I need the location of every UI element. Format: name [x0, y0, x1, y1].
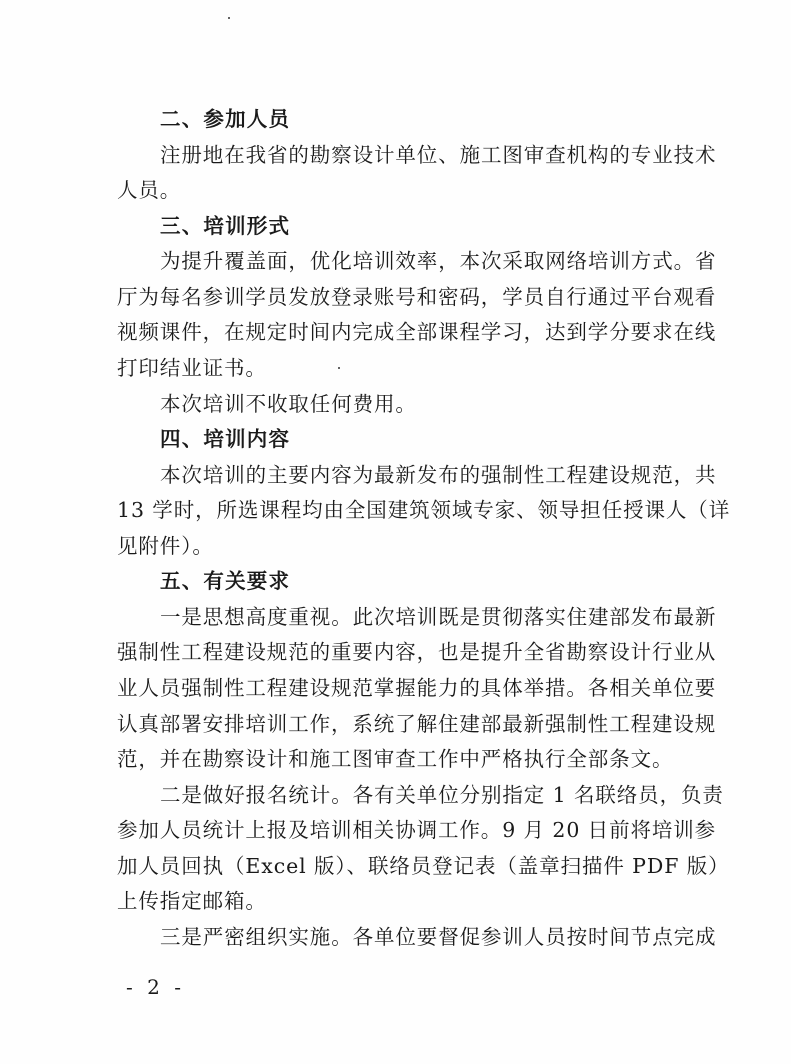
section-heading-training-content: 四、培训内容	[117, 422, 675, 458]
paragraph-line: 厅为每名参训学员发放登录账号和密码，学员自行通过平台观看	[117, 280, 675, 316]
paragraph-line: 加人员回执（Excel 版）、联络员登记表（盖章扫描件 PDF 版）	[117, 849, 675, 885]
paragraph-line: 参加人员统计上报及培训相关协调工作。9 月 20 日前将培训参	[117, 813, 675, 849]
section-heading-requirements: 五、有关要求	[117, 564, 675, 600]
section-heading-training-format: 三、培训形式	[117, 209, 675, 245]
paragraph-line: 本次培训的主要内容为最新发布的强制性工程建设规范，共	[117, 458, 675, 494]
paragraph-line: 视频课件，在规定时间内完成全部课程学习，达到学分要求在线	[117, 315, 675, 351]
paragraph-line: 强制性工程建设规范的重要内容，也是提升全省勘察设计行业从	[117, 635, 675, 671]
document-body: 二、参加人员 注册地在我省的勘察设计单位、施工图审查机构的专业技术 人员。 三、…	[117, 102, 675, 956]
paragraph-line: 见附件）。	[117, 529, 675, 565]
paragraph-line: 打印结业证书。	[117, 351, 675, 387]
paragraph-line: 范，并在勘察设计和施工图审查工作中严格执行全部条文。	[117, 742, 675, 778]
page-number: - 2 -	[126, 975, 185, 999]
paragraph-line: 本次培训不收取任何费用。	[117, 387, 675, 423]
section-heading-participants: 二、参加人员	[117, 102, 675, 138]
paragraph-line: 为提升覆盖面，优化培训效率，本次采取网络培训方式。省	[117, 244, 675, 280]
paragraph-line: 注册地在我省的勘察设计单位、施工图审查机构的专业技术	[117, 138, 675, 174]
paragraph-line: 认真部署安排培训工作，系统了解住建部最新强制性工程建设规	[117, 707, 675, 743]
paragraph-line: 上传指定邮箱。	[117, 884, 675, 920]
paragraph-line: 13 学时，所选课程均由全国建筑领域专家、领导担任授课人（详	[117, 493, 675, 529]
scan-artifact-dot	[228, 17, 230, 19]
document-page: 二、参加人员 注册地在我省的勘察设计单位、施工图审查机构的专业技术 人员。 三、…	[0, 0, 791, 1064]
paragraph-line: 业人员强制性工程建设规范掌握能力的具体举措。各相关单位要	[117, 671, 675, 707]
paragraph-line: 人员。	[117, 173, 675, 209]
paragraph-line: 一是思想高度重视。此次培训既是贯彻落实住建部发布最新	[117, 600, 675, 636]
paragraph-line: 二是做好报名统计。各有关单位分别指定 1 名联络员，负责	[117, 778, 675, 814]
paragraph-line: 三是严密组织实施。各单位要督促参训人员按时间节点完成	[117, 920, 675, 956]
